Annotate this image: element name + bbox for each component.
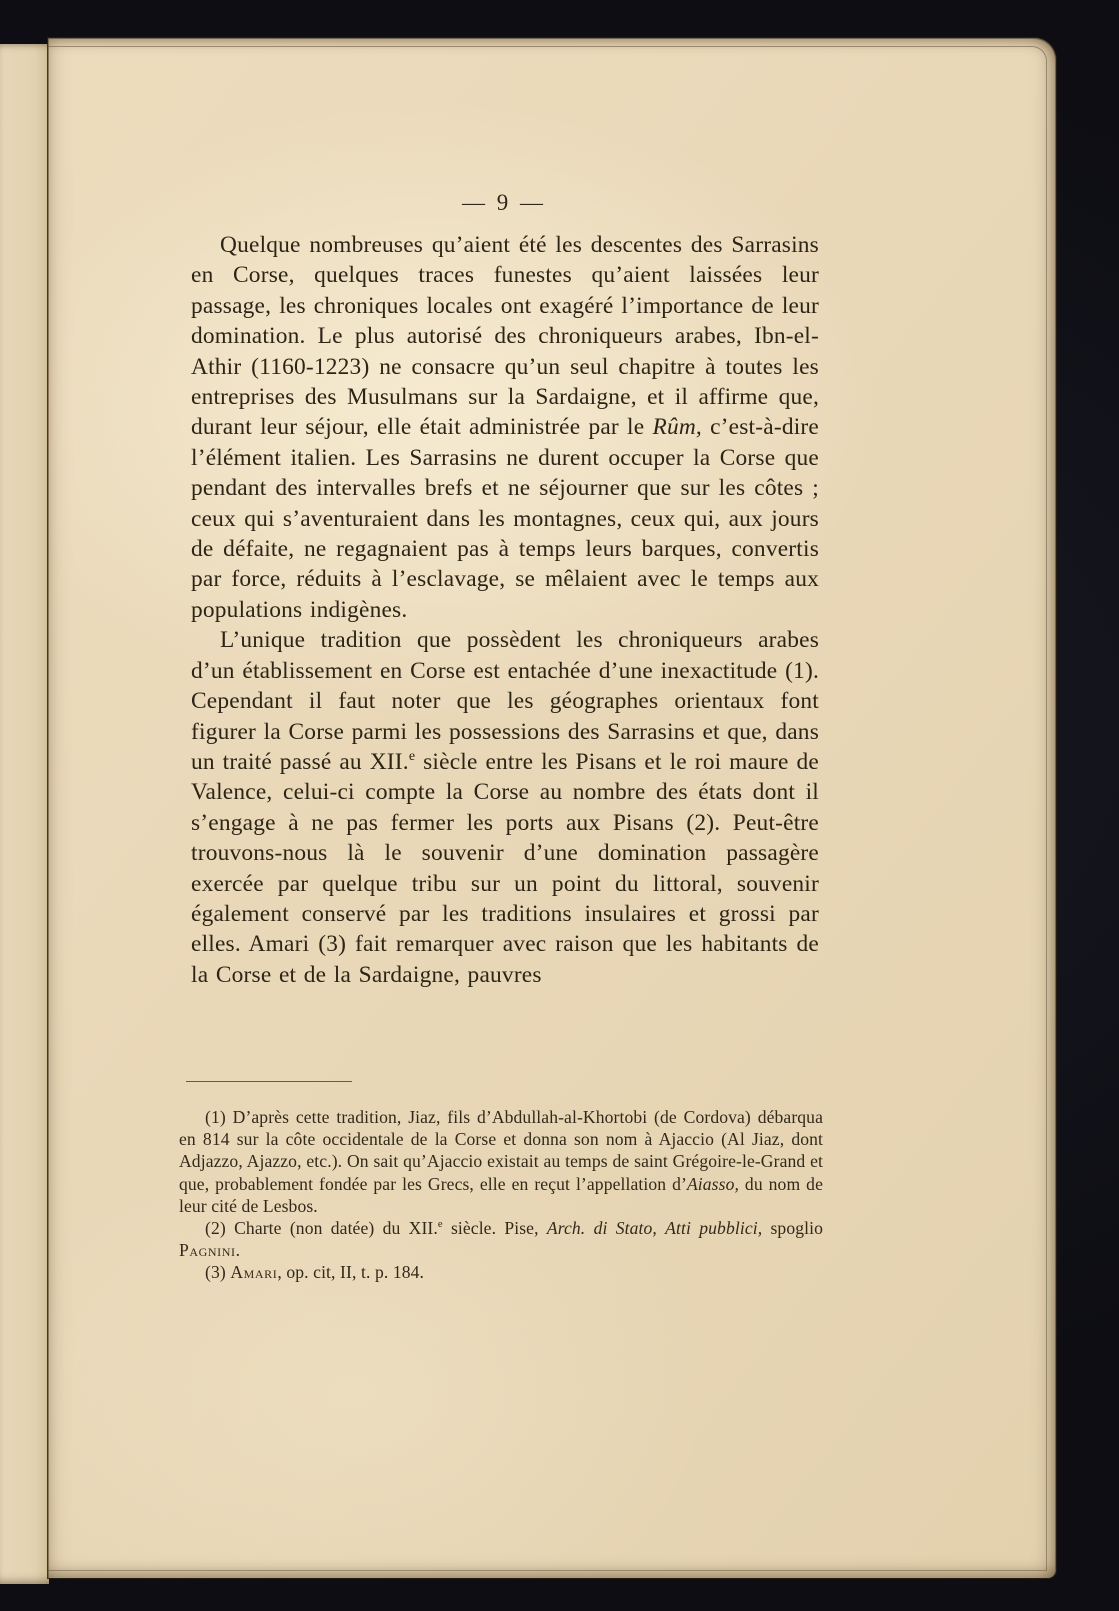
footnotes: (1) D’après cette tradition, Jiaz, fils …	[179, 1106, 823, 1284]
underlying-page-edge	[0, 44, 49, 1584]
page-number: — 9 —	[190, 190, 818, 216]
footnote-1: (1) D’après cette tradition, Jiaz, fils …	[179, 1106, 823, 1217]
body-text: Quelque nombreuses qu’aient été les desc…	[191, 230, 819, 990]
paragraph-1: Quelque nombreuses qu’aient été les desc…	[191, 230, 819, 625]
footnote-3: (3) Amari, op. cit, II, t. p. 184.	[179, 1261, 823, 1283]
footnote-separator-rule	[186, 1081, 352, 1082]
paragraph-2: L’unique tradition que possèdent les chr…	[191, 625, 819, 990]
book-page: — 9 — Quelque nombreuses qu’aient été le…	[48, 38, 1056, 1578]
photo-background: — 9 — Quelque nombreuses qu’aient été le…	[0, 0, 1119, 1611]
gutter-edge-line	[48, 38, 49, 1578]
footnote-2: (2) Charte (non datée) du XII.e siècle. …	[179, 1217, 823, 1261]
